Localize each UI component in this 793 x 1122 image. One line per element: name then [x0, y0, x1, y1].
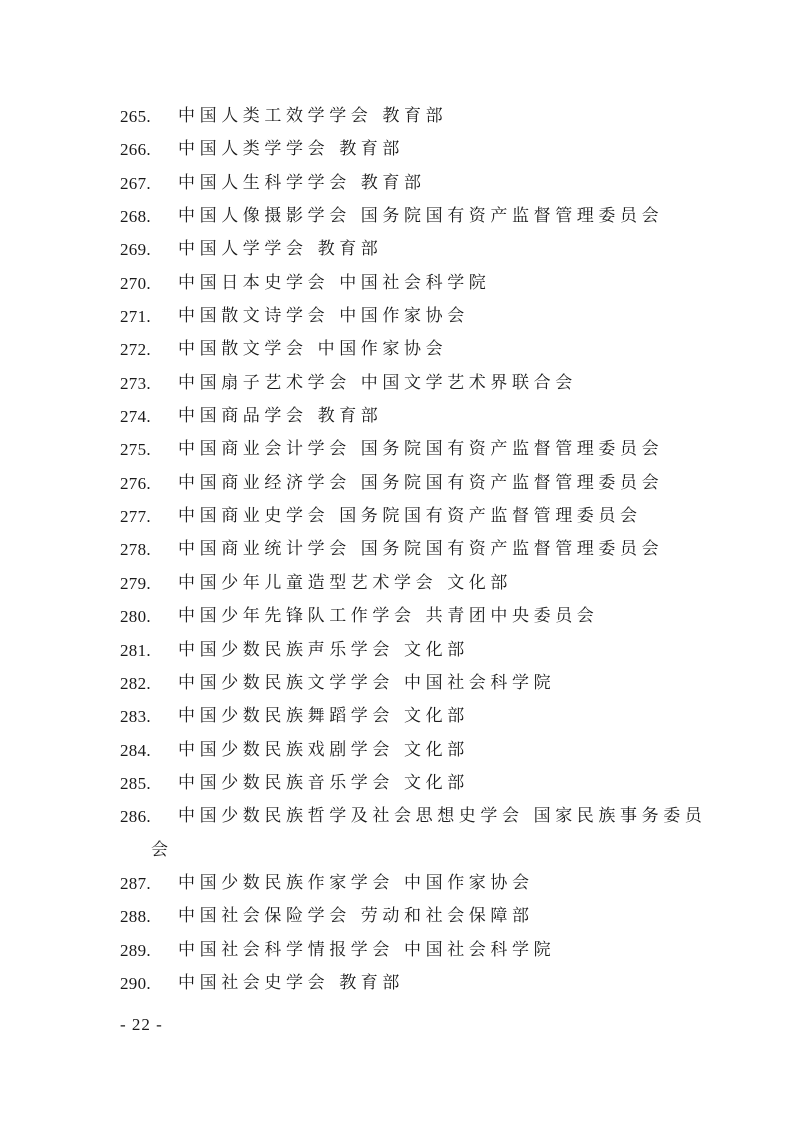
list-item: 287.中国少数民族作家学会 中国作家协会: [120, 867, 700, 900]
item-number: 279.: [120, 567, 151, 600]
document-page: 265.中国人类工效学学会 教育部 266.中国人类学学会 教育部 267.中国…: [0, 0, 793, 1122]
list-item: 284.中国少数民族戏剧学会 文化部: [120, 734, 700, 767]
item-number: 273.: [120, 367, 151, 400]
item-text: 中国人学学会 教育部: [178, 233, 382, 266]
list-item: 274.中国商品学会 教育部: [120, 400, 700, 433]
list-item: 282.中国少数民族文学学会 中国社会科学院: [120, 667, 700, 700]
item-number: 288.: [120, 900, 151, 933]
item-text: 中国少年先锋队工作学会 共青团中央委员会: [178, 600, 598, 633]
item-text: 中国社会保险学会 劳动和社会保障部: [178, 900, 534, 933]
item-number: 281.: [120, 634, 151, 667]
list-item: 277.中国商业史学会 国务院国有资产监督管理委员会: [120, 500, 700, 533]
list-item: 281.中国少数民族声乐学会 文化部: [120, 634, 700, 667]
item-text: 中国商业统计学会 国务院国有资产监督管理委员会: [178, 533, 663, 566]
item-number: 269.: [120, 233, 151, 266]
list-item: 289.中国社会科学情报学会 中国社会科学院: [120, 934, 700, 967]
item-text: 中国商品学会 教育部: [178, 400, 382, 433]
item-text: 中国人生科学学会 教育部: [178, 167, 426, 200]
list-item: 286.中国少数民族哲学及社会思想史学会 国家民族事务委员: [120, 800, 700, 833]
list-item: 269.中国人学学会 教育部: [120, 233, 700, 266]
list-item: 278.中国商业统计学会 国务院国有资产监督管理委员会: [120, 533, 700, 566]
item-text: 中国少数民族舞蹈学会 文化部: [178, 700, 469, 733]
item-text: 中国少数民族哲学及社会思想史学会 国家民族事务委员: [178, 800, 706, 833]
item-number: 286.: [120, 800, 151, 833]
item-text: 中国人像摄影学会 国务院国有资产监督管理委员会: [178, 200, 663, 233]
item-text: 中国商业经济学会 国务院国有资产监督管理委员会: [178, 467, 663, 500]
item-number: 275.: [120, 433, 151, 466]
item-text-wrapped: 会: [151, 834, 173, 867]
item-number: 277.: [120, 500, 151, 533]
list-item: 271.中国散文诗学会 中国作家协会: [120, 300, 700, 333]
item-text: 中国散文学会 中国作家协会: [178, 333, 447, 366]
page-number: - 22 -: [120, 1015, 163, 1035]
list-item: 265.中国人类工效学学会 教育部: [120, 100, 700, 133]
list-item: 280.中国少年先锋队工作学会 共青团中央委员会: [120, 600, 700, 633]
item-number: 270.: [120, 267, 151, 300]
item-text: 中国人类学学会 教育部: [178, 133, 404, 166]
list-item: 266.中国人类学学会 教育部: [120, 133, 700, 166]
item-text: 中国扇子艺术学会 中国文学艺术界联合会: [178, 367, 577, 400]
item-number: 278.: [120, 533, 151, 566]
item-text: 中国少数民族音乐学会 文化部: [178, 767, 469, 800]
list-item: 270.中国日本史学会 中国社会科学院: [120, 267, 700, 300]
item-number: 290.: [120, 967, 151, 1000]
item-number: 265.: [120, 100, 151, 133]
item-text: 中国少数民族声乐学会 文化部: [178, 634, 469, 667]
item-number: 276.: [120, 467, 151, 500]
item-text: 中国商业史学会 国务院国有资产监督管理委员会: [178, 500, 642, 533]
item-number: 266.: [120, 133, 151, 166]
item-text: 中国少数民族作家学会 中国作家协会: [178, 867, 534, 900]
list-item: 288.中国社会保险学会 劳动和社会保障部: [120, 900, 700, 933]
organization-list: 265.中国人类工效学学会 教育部 266.中国人类学学会 教育部 267.中国…: [120, 100, 700, 1000]
item-number: 284.: [120, 734, 151, 767]
item-number: 267.: [120, 167, 151, 200]
item-text: 中国散文诗学会 中国作家协会: [178, 300, 469, 333]
item-number: 271.: [120, 300, 151, 333]
item-text: 中国社会科学情报学会 中国社会科学院: [178, 934, 555, 967]
item-number: 274.: [120, 400, 151, 433]
item-text: 中国日本史学会 中国社会科学院: [178, 267, 490, 300]
item-text: 中国社会史学会 教育部: [178, 967, 404, 1000]
list-item: 285.中国少数民族音乐学会 文化部: [120, 767, 700, 800]
item-number: 268.: [120, 200, 151, 233]
item-number: 280.: [120, 600, 151, 633]
item-number: 285.: [120, 767, 151, 800]
list-item: 276.中国商业经济学会 国务院国有资产监督管理委员会: [120, 467, 700, 500]
item-number: 289.: [120, 934, 151, 967]
item-text: 中国少年儿童造型艺术学会 文化部: [178, 567, 512, 600]
list-item: 267.中国人生科学学会 教育部: [120, 167, 700, 200]
list-item: 273.中国扇子艺术学会 中国文学艺术界联合会: [120, 367, 700, 400]
list-item: 283.中国少数民族舞蹈学会 文化部: [120, 700, 700, 733]
item-number: 283.: [120, 700, 151, 733]
item-text: 中国少数民族文学学会 中国社会科学院: [178, 667, 555, 700]
list-item-continuation: 会: [120, 834, 700, 867]
item-number: 287.: [120, 867, 151, 900]
list-item: 275.中国商业会计学会 国务院国有资产监督管理委员会: [120, 433, 700, 466]
item-text: 中国少数民族戏剧学会 文化部: [178, 734, 469, 767]
item-text: 中国人类工效学学会 教育部: [178, 100, 447, 133]
item-text: 中国商业会计学会 国务院国有资产监督管理委员会: [178, 433, 663, 466]
list-item: 279.中国少年儿童造型艺术学会 文化部: [120, 567, 700, 600]
list-item: 272.中国散文学会 中国作家协会: [120, 333, 700, 366]
list-item: 290.中国社会史学会 教育部: [120, 967, 700, 1000]
list-item: 268.中国人像摄影学会 国务院国有资产监督管理委员会: [120, 200, 700, 233]
item-number: 282.: [120, 667, 151, 700]
item-number: 272.: [120, 333, 151, 366]
